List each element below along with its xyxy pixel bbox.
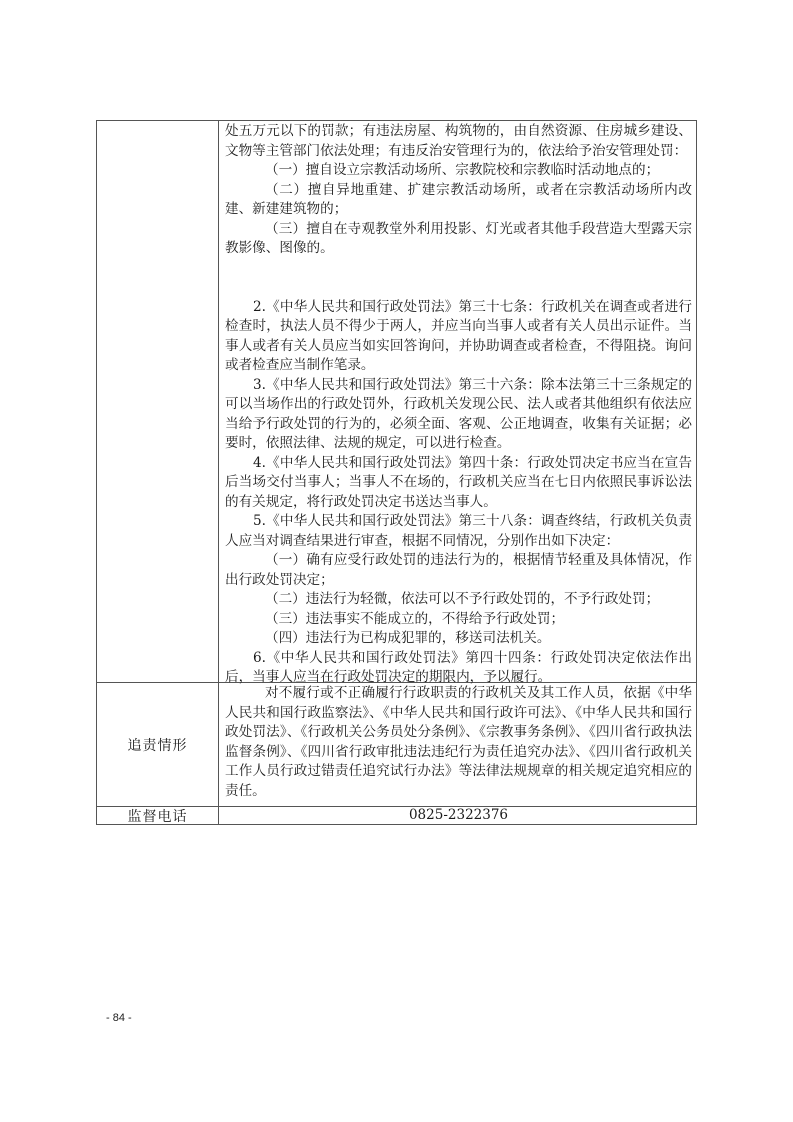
- list-item: （三）违法事实不能成立的，不得给予行政处罚；: [225, 610, 692, 630]
- row-label: [97, 121, 219, 682]
- document-table: 处五万元以下的罚款；有违法房屋、构筑物的，由自然资源、住房城乡建设、文物等主管部…: [96, 120, 697, 825]
- page-number: - 84 -: [106, 1012, 132, 1024]
- list-item: （一）擅自设立宗教活动场所、宗教院校和宗教临时活动地点的；: [225, 161, 692, 181]
- row-label: 监督电话: [97, 807, 219, 824]
- row-label: 追责情形: [97, 683, 219, 806]
- list-item: （二）违法行为轻微，依法可以不予行政处罚的，不予行政处罚；: [225, 590, 692, 610]
- blank-line: [225, 259, 692, 279]
- paragraph: 对不履行或不正确履行行政职责的行政机关及其工作人员，依据《中华人民共和国行政监察…: [225, 684, 692, 801]
- paragraph: 处五万元以下的罚款；有违法房屋、构筑物的，由自然资源、住房城乡建设、文物等主管部…: [225, 122, 692, 161]
- paragraph: 4.《中华人民共和国行政处罚法》第四十条：行政处罚决定书应当在宣告后当场交付当事…: [225, 454, 692, 513]
- paragraph: 5.《中华人民共和国行政处罚法》第三十八条：调查终结，行政机关负责人应当对调查结…: [225, 512, 692, 551]
- list-item: （四）违法行为已构成犯罪的，移送司法机关。: [225, 629, 692, 649]
- list-item: （三）擅自在寺观教堂外利用投影、灯光或者其他手段营造大型露天宗教影像、图像的。: [225, 220, 692, 259]
- list-item: （一）确有应受行政处罚的违法行为的，根据情节轻重及具体情况，作出行政处罚决定；: [225, 551, 692, 590]
- paragraph: 6.《中华人民共和国行政处罚法》第四十四条：行政处罚决定依法作出后，当事人应当在…: [225, 649, 692, 688]
- blank-line: [225, 278, 692, 298]
- table-row-legal-basis: 处五万元以下的罚款；有违法房屋、构筑物的，由自然资源、住房城乡建设、文物等主管部…: [97, 121, 696, 682]
- paragraph: 3.《中华人民共和国行政处罚法》第三十六条：除本法第三十三条规定的可以当场作出的…: [225, 376, 692, 454]
- list-item: （二）擅自异地重建、扩建宗教活动场所，或者在宗教活动场所内改建、新建建筑物的；: [225, 181, 692, 220]
- row-content: 处五万元以下的罚款；有违法房屋、构筑物的，由自然资源、住房城乡建设、文物等主管部…: [219, 121, 696, 682]
- phone-number: 0825-2322376: [219, 807, 696, 824]
- table-row-supervision-phone: 监督电话 0825-2322376: [97, 806, 696, 824]
- row-content: 对不履行或不正确履行行政职责的行政机关及其工作人员，依据《中华人民共和国行政监察…: [219, 683, 696, 806]
- table-row-accountability: 追责情形 对不履行或不正确履行行政职责的行政机关及其工作人员，依据《中华人民共和…: [97, 682, 696, 806]
- paragraph: 2.《中华人民共和国行政处罚法》第三十七条：行政机关在调查或者进行检查时，执法人…: [225, 298, 692, 376]
